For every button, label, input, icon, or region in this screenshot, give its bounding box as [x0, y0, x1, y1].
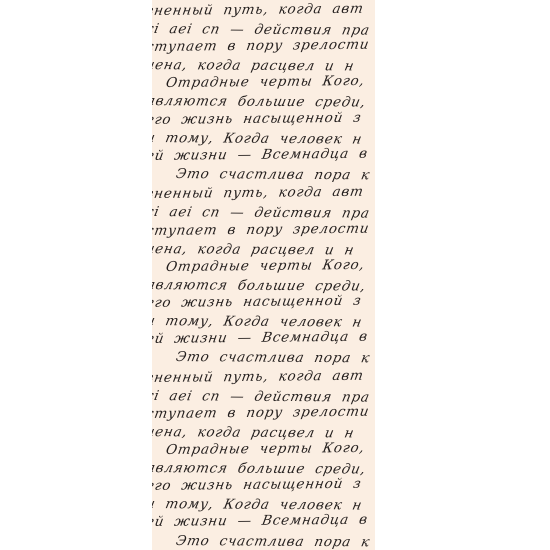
- handwriting-tile-1: зненный путь, когда авт сі аеі сп — дейс…: [152, 0, 375, 183]
- handwriting-line: ступает в пору зрелости с: [152, 36, 375, 56]
- handwriting-tile-2: зненный путь, когда авт сі аеі сп — дейс…: [152, 183, 375, 366]
- handwriting-line: ей жизни — Всемнадца в: [152, 328, 375, 348]
- handwriting-line: Отрадные черты Кого,: [164, 72, 375, 92]
- handwriting-line: зненный путь, когда авт: [152, 367, 375, 387]
- handwriting-line: зненный путь, когда авт: [152, 183, 375, 203]
- handwriting-line: его жизнь насыщенной з: [152, 291, 375, 311]
- handwriting-line: зненный путь, когда авт: [152, 0, 375, 20]
- handwriting-line: Отрадные черты Кого,: [164, 439, 375, 459]
- handwriting-line: ступает в пору зрелости с: [152, 219, 375, 239]
- handwriting-line: ступает в пору зрелости с: [152, 402, 375, 422]
- page-background: зненный путь, когда авт сі аеі сп — дейс…: [0, 0, 550, 550]
- handwriting-line: ей жизни — Всемнадца в: [152, 144, 375, 164]
- handwriting-line: Отрадные черты Кого,: [164, 256, 375, 276]
- handwriting-line: Это счастлива пора к: [174, 532, 375, 550]
- handwriting-line: Это счастлива пора к: [174, 165, 375, 183]
- handwriting-line: его жизнь насыщенной з: [152, 108, 375, 128]
- handwriting-line: ей жизни — Всемнадца в: [152, 511, 375, 531]
- handwriting-strip: зненный путь, когда авт сі аеі сп — дейс…: [152, 0, 375, 550]
- handwriting-tile-3: зненный путь, когда авт сі аеі сп — дейс…: [152, 367, 375, 550]
- handwriting-line: Это счастлива пора к: [174, 348, 375, 366]
- handwriting-line: его жизнь насыщенной з: [152, 475, 375, 495]
